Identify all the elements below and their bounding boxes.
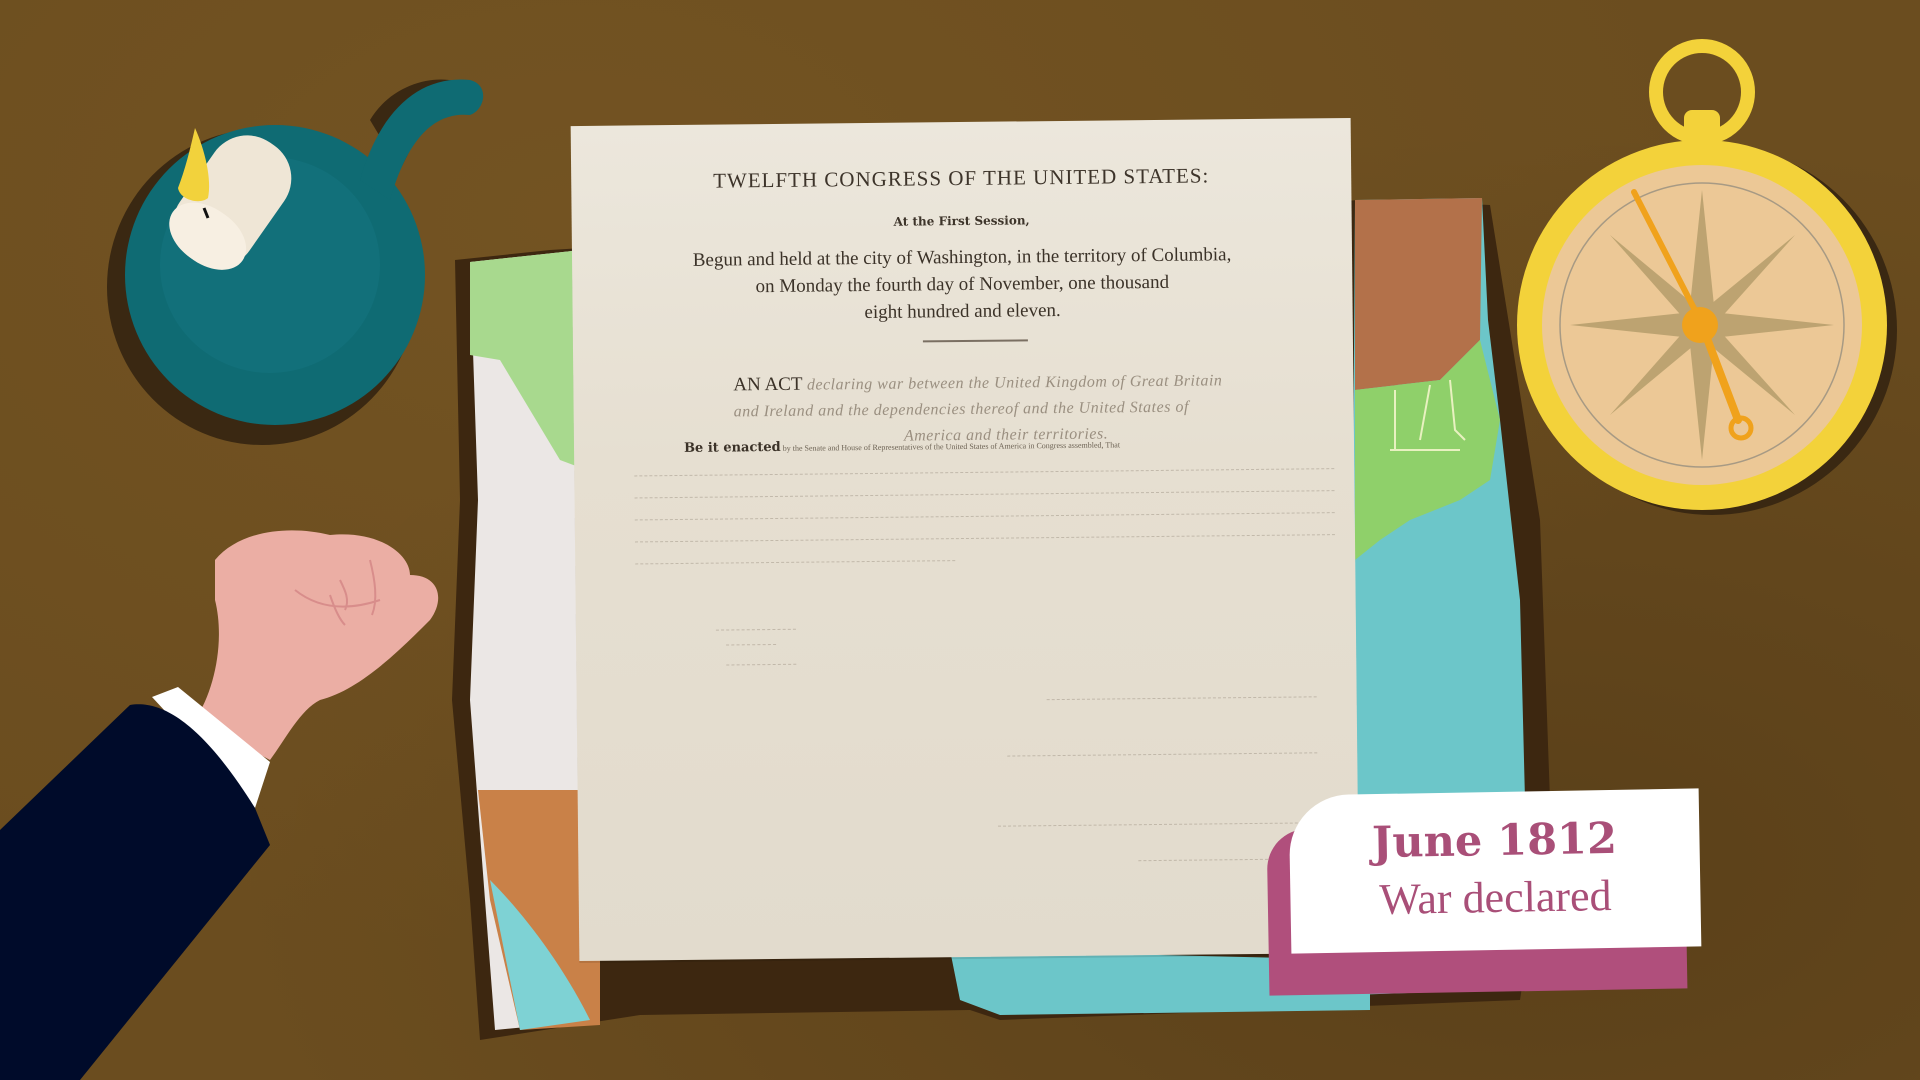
caption-date: June 1812: [1289, 812, 1700, 869]
caption-event: War declared: [1290, 868, 1701, 926]
caption-card: June 1812 War declared: [1289, 788, 1702, 953]
